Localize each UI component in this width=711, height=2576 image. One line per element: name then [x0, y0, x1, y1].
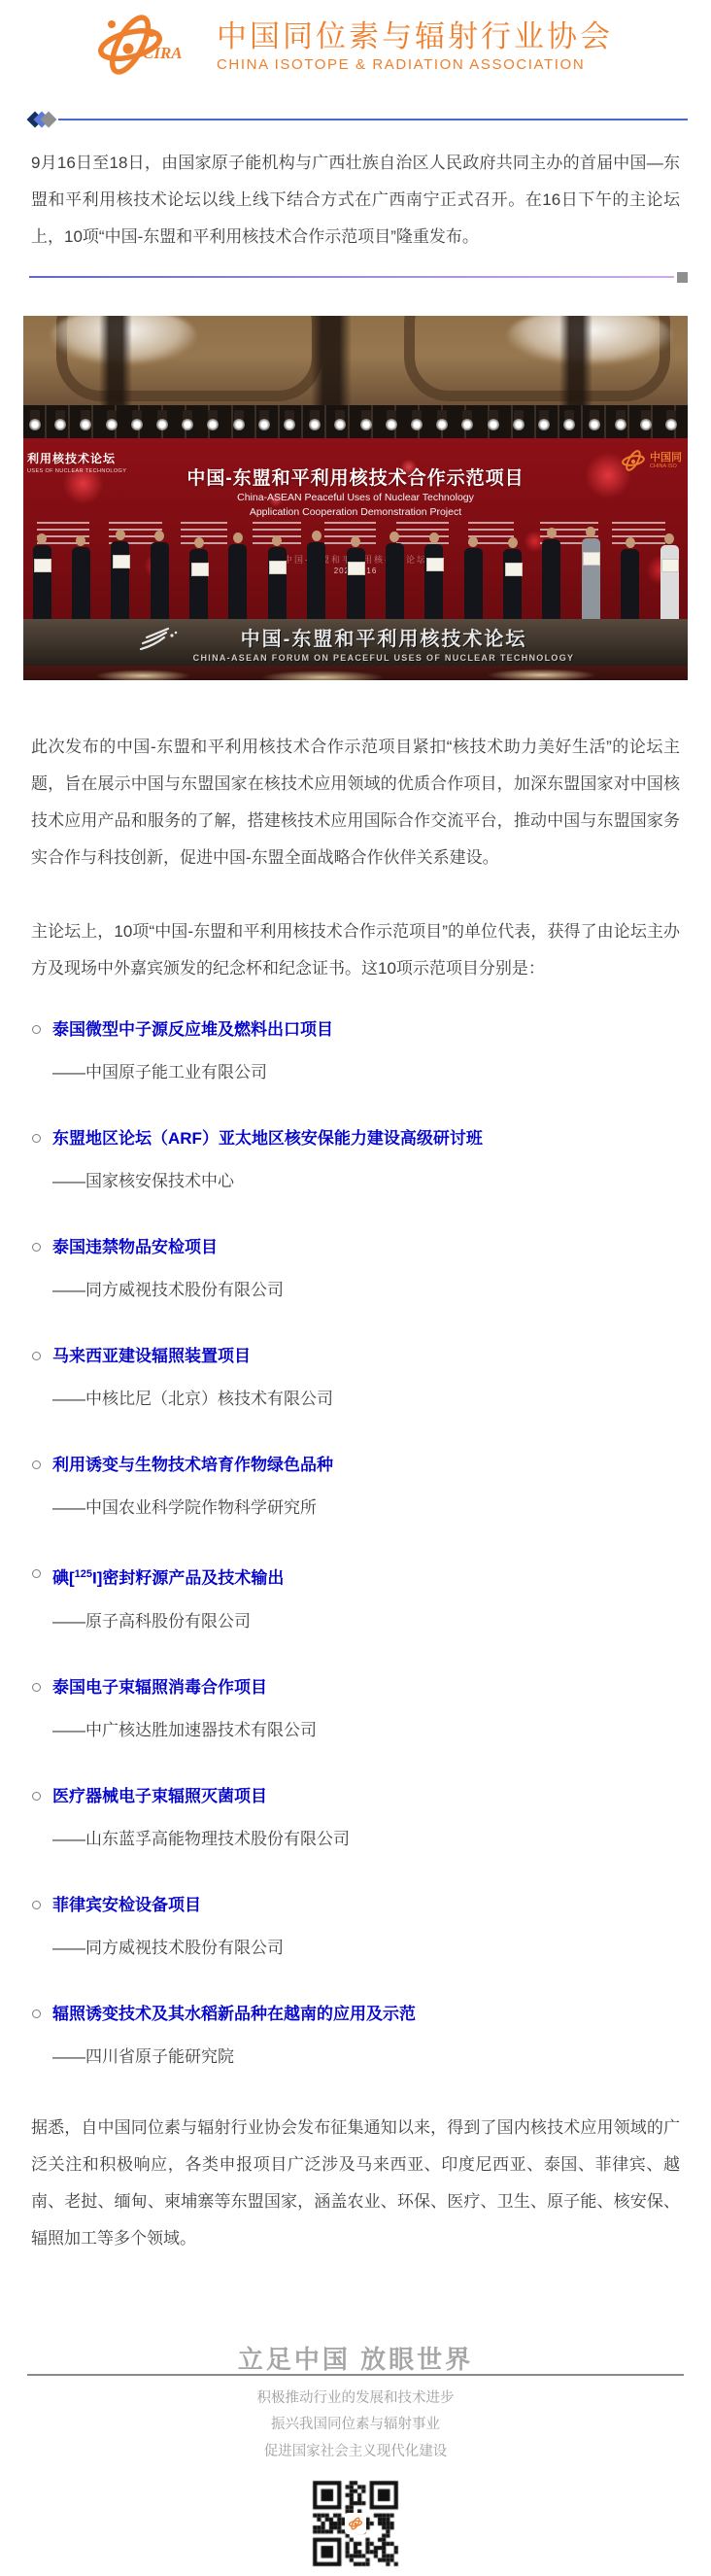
stage-front: 中国-东盟和平利用核技术论坛 CHINA-ASEAN FORUM ON PEAC…	[23, 619, 688, 666]
divider-line	[58, 119, 688, 120]
project-item: 辐照诱变技术及其水稻新品种在越南的应用及示范——四川省原子能研究院	[31, 2001, 680, 2071]
circle-bullet-icon	[32, 1134, 41, 1143]
spotlight-icon	[256, 410, 272, 433]
person-silhouette	[343, 536, 368, 619]
project-org: ——中广核达胜加速器技术有限公司	[52, 1717, 680, 1744]
project-org: ——原子高科股份有限公司	[52, 1608, 680, 1635]
footer-slogan: 立足中国 放眼世界	[27, 2347, 684, 2376]
project-title-link[interactable]: 碘[125I]密封籽源产品及技术输出	[52, 1561, 680, 1593]
spotlight-icon	[511, 410, 526, 433]
certificate-icon	[505, 563, 523, 576]
project-org: ——同方威视技术股份有限公司	[52, 1277, 680, 1304]
circle-bullet-icon	[32, 1569, 41, 1578]
project-title-link[interactable]: 泰国违禁物品安检项目	[52, 1234, 680, 1261]
certificate-icon	[583, 552, 600, 566]
project-title-link[interactable]: 医疗器械电子束辐照灭菌项目	[52, 1783, 680, 1810]
circle-bullet-icon	[32, 1683, 41, 1692]
spotlight-icon	[384, 410, 399, 433]
diamond-divider	[29, 112, 688, 127]
person-silhouette	[460, 536, 486, 619]
certificate-icon	[348, 562, 365, 575]
spotlight-icon	[536, 410, 552, 433]
circle-bullet-icon	[32, 1901, 41, 1909]
project-item: 医疗器械电子束辐照灭菌项目——山东蓝孚高能物理技术股份有限公司	[31, 1783, 680, 1853]
org-name-cn: 中国同位素与辐射行业协会	[217, 19, 613, 54]
spotlight-icon	[129, 410, 145, 433]
person-silhouette	[225, 532, 251, 619]
spotlight-icon	[78, 410, 93, 433]
spotlight-icon	[52, 410, 68, 433]
qr-code	[309, 2477, 402, 2570]
divider-square-icon	[677, 272, 688, 283]
project-item: 泰国电子束辐照消毒合作项目——中广核达胜加速器技术有限公司	[31, 1674, 680, 1744]
stage-lights-truss	[23, 405, 688, 438]
project-item: 泰国微型中子源反应堆及燃料出口项目——中国原子能工业有限公司	[31, 1016, 680, 1086]
footer-line-1: 积极推动行业的发展和技术进步	[0, 2386, 711, 2413]
screen-title-en: China-ASEAN Peaceful Uses of Nuclear Tec…	[23, 491, 688, 520]
people-on-stage	[29, 522, 682, 619]
wave-logo-icon	[137, 626, 182, 660]
project-item: 东盟地区论坛（ARF）亚太地区核安保能力建设高级研讨班——国家核安保技术中心	[31, 1125, 680, 1195]
intro-paragraph: 9月16日至18日，由国家原子能机构与广西壮族自治区人民政府共同主办的首届中国—…	[31, 145, 680, 256]
forum-photo: 利用核技术论坛 USES OF NUCLEAR TECHNOLOGY 中国同 C…	[23, 316, 688, 680]
person-silhouette	[578, 527, 603, 619]
gradient-divider	[29, 271, 688, 283]
spotlight-icon	[613, 410, 628, 433]
project-title-link[interactable]: 泰国电子束辐照消毒合作项目	[52, 1674, 680, 1701]
certificate-icon	[426, 558, 444, 571]
spotlight-icon	[434, 410, 450, 433]
project-title-link[interactable]: 利用诱变与生物技术培育作物绿色品种	[52, 1452, 680, 1479]
footer-line-2: 振兴我国同位素与辐射事业	[0, 2412, 711, 2439]
certificate-icon	[661, 559, 679, 572]
project-title-link[interactable]: 辐照诱变技术及其水稻新品种在越南的应用及示范	[52, 2001, 680, 2028]
project-title-link[interactable]: 东盟地区论坛（ARF）亚太地区核安保能力建设高级研讨班	[52, 1125, 680, 1152]
spotlight-icon	[104, 410, 119, 433]
svg-text:CIRA: CIRA	[143, 44, 183, 62]
stage-floor	[23, 666, 688, 680]
spotlight-icon	[231, 410, 247, 433]
photo-ceiling	[23, 316, 688, 405]
project-org: ——中国农业科学院作物科学研究所	[52, 1494, 680, 1522]
person-silhouette	[264, 535, 289, 619]
spotlight-icon	[638, 410, 654, 433]
spotlight-icon	[587, 410, 602, 433]
certificate-icon	[34, 559, 51, 572]
gradient-line	[29, 276, 674, 278]
circle-bullet-icon	[32, 1025, 41, 1034]
spotlight-icon	[307, 410, 322, 433]
project-title-link[interactable]: 马来西亚建设辐照装置项目	[52, 1343, 680, 1370]
person-silhouette	[108, 530, 133, 619]
person-silhouette	[422, 532, 447, 619]
spotlight-icon	[358, 410, 374, 433]
spotlight-icon	[663, 410, 679, 433]
article-page: CIRA 中国同位素与辐射行业协会 CHINA ISOTOPE & RADIAT…	[0, 0, 711, 2576]
stage-title-en: CHINA-ASEAN FORUM ON PEACEFUL USES OF NU…	[193, 653, 575, 663]
person-silhouette	[539, 528, 564, 619]
qr-code-wrap	[0, 2477, 711, 2576]
person-silhouette	[382, 532, 407, 619]
person-silhouette	[186, 537, 212, 619]
person-silhouette	[304, 531, 329, 619]
org-name-en: CHINA ISOTOPE & RADIATION ASSOCIATION	[217, 56, 585, 73]
qr-center-logo-icon	[345, 2513, 366, 2534]
spotlight-icon	[27, 410, 43, 433]
circle-bullet-icon	[32, 1792, 41, 1801]
spotlight-icon	[180, 410, 195, 433]
closing-paragraph: 据悉，自中国同位素与辐射行业协会发布征集通知以来，得到了国内核技术应用领域的广泛…	[31, 2110, 680, 2257]
spotlight-icon	[282, 410, 297, 433]
project-list: 泰国微型中子源反应堆及燃料出口项目——中国原子能工业有限公司东盟地区论坛（ARF…	[31, 1016, 680, 2071]
footer-mission-lines: 积极推动行业的发展和技术进步 振兴我国同位素与辐射事业 促进国家社会主义现代化建…	[0, 2386, 711, 2466]
project-title-link[interactable]: 菲律宾安检设备项目	[52, 1892, 680, 1919]
project-title-link[interactable]: 泰国微型中子源反应堆及燃料出口项目	[52, 1016, 680, 1044]
certificate-icon	[113, 555, 130, 568]
spotlight-icon	[332, 410, 348, 433]
project-item: 马来西亚建设辐照装置项目——中核比尼（北京）核技术有限公司	[31, 1343, 680, 1413]
project-org: ——同方威视技术股份有限公司	[52, 1935, 680, 1962]
circle-bullet-icon	[32, 1243, 41, 1252]
body-paragraph: 此次发布的中国-东盟和平利用核技术合作示范项目紧扣“核技术助力美好生活”的论坛主…	[31, 729, 680, 876]
project-item: 菲律宾安检设备项目——同方威视技术股份有限公司	[31, 1892, 680, 1962]
certificate-icon	[191, 563, 209, 576]
project-org: ——中国原子能工业有限公司	[52, 1059, 680, 1086]
footer-line-3: 促进国家社会主义现代化建设	[0, 2439, 711, 2466]
circle-bullet-icon	[32, 1460, 41, 1469]
cira-atom-logo-icon: CIRA	[98, 10, 203, 83]
spotlight-icon	[409, 410, 424, 433]
stage-title-cn: 中国-东盟和平利用核技术论坛	[193, 623, 575, 651]
person-silhouette	[500, 537, 525, 619]
certificate-icon	[269, 561, 287, 574]
project-org: ——山东蓝孚高能物理技术股份有限公司	[52, 1826, 680, 1853]
project-org: ——中核比尼（北京）核技术有限公司	[52, 1386, 680, 1413]
header: CIRA 中国同位素与辐射行业协会 CHINA ISOTOPE & RADIAT…	[0, 0, 711, 83]
screen-title-cn: 中国-东盟和平利用核技术合作示范项目	[23, 464, 688, 490]
spotlight-icon	[561, 410, 577, 433]
person-silhouette	[29, 533, 54, 619]
org-names: 中国同位素与辐射行业协会 CHINA ISOTOPE & RADIATION A…	[217, 19, 613, 74]
person-silhouette	[147, 531, 172, 619]
project-org: ——四川省原子能研究院	[52, 2044, 680, 2071]
spotlight-icon	[459, 410, 475, 433]
project-item: 利用诱变与生物技术培育作物绿色品种——中国农业科学院作物科学研究所	[31, 1452, 680, 1522]
person-silhouette	[618, 537, 643, 619]
person-silhouette	[657, 533, 682, 619]
spotlight-icon	[205, 410, 220, 433]
person-silhouette	[68, 535, 93, 619]
circle-bullet-icon	[32, 1352, 41, 1360]
spotlight-icon	[486, 410, 501, 433]
circle-bullet-icon	[32, 2009, 41, 2018]
body-paragraph: 主论坛上，10项“中国-东盟和平利用核技术合作示范项目”的单位代表，获得了由论坛…	[31, 913, 680, 987]
project-org: ——国家核安保技术中心	[52, 1168, 680, 1195]
project-item: 泰国违禁物品安检项目——同方威视技术股份有限公司	[31, 1234, 680, 1304]
spotlight-icon	[154, 410, 170, 433]
project-item: 碘[125I]密封籽源产品及技术输出——原子高科股份有限公司	[31, 1561, 680, 1635]
